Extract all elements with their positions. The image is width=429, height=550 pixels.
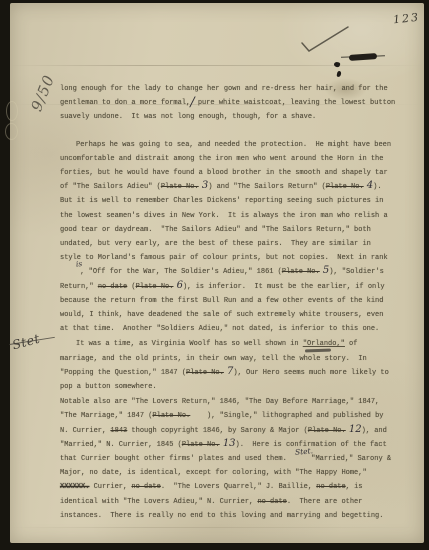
annotation-struck: 1843 [110, 427, 127, 435]
annotation-struck: no date [316, 483, 345, 491]
paragraph: long enough for the lady to change her g… [60, 82, 396, 125]
typed-text: Currier, [89, 483, 131, 491]
paragraph: It was a time, as Virginia Woolf has so … [60, 337, 396, 394]
binding-mark [6, 101, 18, 121]
annotation-hand-sup: is [60, 264, 82, 266]
paragraph: Notable also are "The Lovers Return," 18… [60, 395, 396, 523]
annotation-hand: 5 [320, 265, 330, 276]
typed-text: ). But it is well to remember Charles Di… [60, 183, 392, 262]
typed-text: though copyright 1846, by Sarony & Major… [127, 427, 308, 435]
annotation-struck: Plate No. [326, 183, 364, 191]
annotation-struck: Plate No. [186, 369, 224, 377]
binding-mark [5, 123, 18, 140]
annotation-struck: Plate No. [152, 412, 190, 420]
annotation-hand: 7 [224, 366, 234, 377]
annotation-struck: Plate No. [282, 268, 320, 276]
annotation-hand: 13 [220, 438, 236, 449]
annotation-hand: 4 [364, 180, 374, 191]
annotation-overstrike: XXXXXX. [60, 483, 89, 491]
annotation-struck: no date [257, 498, 286, 506]
paragraph: Perhaps he was going to sea, and needed … [60, 138, 396, 337]
annotation-struck: no date [98, 283, 127, 291]
typed-text: , "Off for the War, The Soldier's Adieu,… [80, 268, 282, 276]
checkmark-icon [294, 22, 356, 56]
annotation-struck: Plate No. [161, 183, 199, 191]
typed-text: ( [127, 283, 135, 291]
manuscript-page: long enough for the lady to change her g… [10, 3, 424, 543]
photo-background: long enough for the lady to change her g… [0, 0, 429, 550]
annotation-struck: Plate No. [136, 283, 174, 291]
typescript: long enough for the lady to change her g… [60, 82, 396, 523]
annotation-orlando: "Orlando," [303, 340, 345, 348]
annotation-struck: no date [131, 483, 160, 491]
annotation-hand-sup: Stet. [295, 451, 313, 453]
annotation-hand: 3 [199, 180, 209, 191]
paper-crease [10, 527, 424, 528]
typed-text: . "The Lovers Quarrel," J. Baillie, [161, 483, 316, 491]
typed-text: ) and "The Sailors Return" ( [208, 183, 326, 191]
annotation-struck: Plate No. [182, 441, 220, 449]
annotation-hand: 6 [173, 280, 183, 291]
paper-crease [10, 65, 424, 66]
annotation-struck: Plate No. [308, 427, 346, 435]
typed-text: It was a time, as Virginia Woolf has so … [76, 340, 303, 348]
annotation-hand: 12 [346, 424, 362, 435]
